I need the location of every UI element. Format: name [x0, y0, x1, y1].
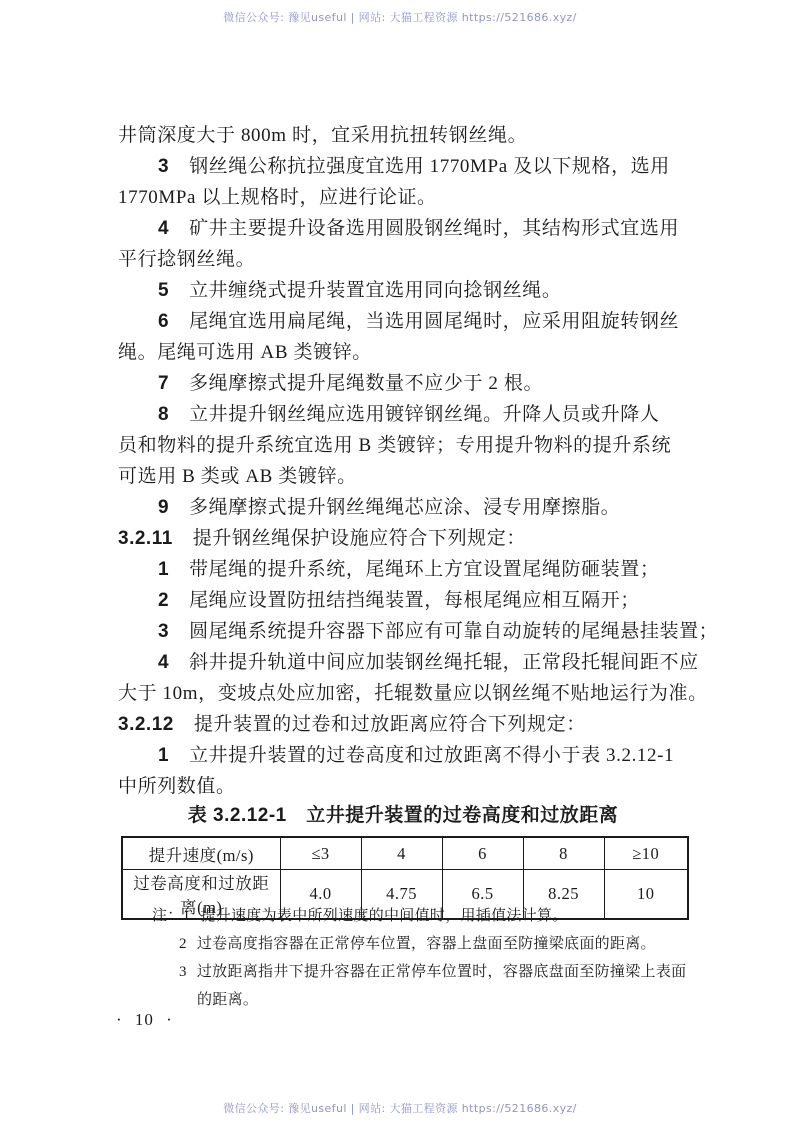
- body-line: 1立井提升装置的过卷高度和过放距离不得小于表 3.2.12-1: [118, 740, 698, 771]
- body-line: 员和物料的提升系统宜选用 B 类镀锌；专用提升物料的提升系统: [118, 430, 698, 461]
- body-line: 8立井提升钢丝绳应选用镀锌钢丝绳。升降人员或升降人: [118, 399, 698, 430]
- body-line: 井筒深度大于 800m 时，宜采用抗扭转钢丝绳。: [118, 120, 698, 151]
- note-line: 的距离。: [152, 986, 692, 1014]
- clause-number: 7: [158, 373, 169, 394]
- clause-number: 1: [158, 745, 169, 766]
- clause-number: 4: [158, 652, 169, 673]
- body-line-text: 员和物料的提升系统宜选用 B 类镀锌；专用提升物料的提升系统: [118, 435, 671, 456]
- table-cell: 6: [442, 837, 523, 870]
- page-number: · 10 ·: [116, 1010, 173, 1030]
- body-line-text: 大于 10m，变坡点处应加密，托辊数量应以钢丝绳不贴地运行为准。: [118, 683, 708, 704]
- body-line: 1770MPa 以上规格时，应进行论证。: [118, 182, 698, 213]
- body-line: 平行捻钢丝绳。: [118, 244, 698, 275]
- watermark-bottom: 微信公众号: 豫见useful | 网站: 大猫工程资源 https://521…: [0, 1100, 800, 1116]
- table-notes: 注：1提升速度为表中所列速度的中间值时，用插值法计算。2过卷高度指容器在正常停车…: [152, 902, 692, 1014]
- watermark-top: 微信公众号: 豫见useful | 网站: 大猫工程资源 https://521…: [0, 9, 800, 25]
- body-line: 7多绳摩擦式提升尾绳数量不应少于 2 根。: [118, 368, 698, 399]
- body-line: 3.2.12提升装置的过卷和过放距离应符合下列规定：: [118, 709, 698, 740]
- clause-number: 1: [158, 559, 169, 580]
- body-line-text: 钢丝绳公称抗拉强度宜选用 1770MPa 及以下规格，选用: [189, 156, 670, 177]
- body-line: 3.2.11提升钢丝绳保护设施应符合下列规定：: [118, 523, 698, 554]
- note-text: 提升速度为表中所列速度的中间值时，用插值法计算。: [200, 908, 567, 924]
- body-line: 4斜井提升轨道中间应加装钢丝绳托辊，正常段托辊间距不应: [118, 647, 698, 678]
- note-line: 2过卷高度指容器在正常停车位置，容器上盘面至防撞梁底面的距离。: [152, 930, 692, 958]
- note-label: 3: [179, 964, 187, 980]
- note-label: 注：1: [152, 908, 190, 924]
- clause-number: 4: [158, 218, 169, 239]
- body-line: 2尾绳应设置防扭结挡绳装置，每根尾绳应相互隔开；: [118, 585, 698, 616]
- body-line-text: 1770MPa 以上规格时，应进行论证。: [118, 187, 437, 208]
- note-line: 注：1提升速度为表中所列速度的中间值时，用插值法计算。: [152, 902, 692, 930]
- body-line-text: 多绳摩擦式提升尾绳数量不应少于 2 根。: [189, 373, 543, 394]
- note-text: 的距离。: [197, 992, 258, 1008]
- note-label: 2: [179, 936, 187, 952]
- body-line: 中所列数值。: [118, 771, 698, 802]
- clause-number: 9: [158, 497, 169, 518]
- document-page: 微信公众号: 豫见useful | 网站: 大猫工程资源 https://521…: [0, 0, 800, 1130]
- clause-number: 2: [158, 590, 169, 611]
- table-cell: 提升速度(m/s): [122, 837, 280, 870]
- body-line-text: 多绳摩擦式提升钢丝绳绳芯应涂、浸专用摩擦脂。: [189, 497, 620, 518]
- table-cell: ≤3: [280, 837, 361, 870]
- body-line-text: 立井缠绕式提升装置宜选用同向捻钢丝绳。: [189, 280, 561, 301]
- body-line-text: 尾绳应设置防扭结挡绳装置，每根尾绳应相互隔开；: [189, 590, 640, 611]
- body-line: 3钢丝绳公称抗拉强度宜选用 1770MPa 及以下规格，选用: [118, 151, 698, 182]
- body-line-text: 平行捻钢丝绳。: [118, 249, 255, 270]
- note-text: 过放距离指井下提升容器在正常停车位置时，容器底盘面至防撞梁上表面: [197, 964, 687, 980]
- body-line: 5立井缠绕式提升装置宜选用同向捻钢丝绳。: [118, 275, 698, 306]
- body-line: 1带尾绳的提升系统，尾绳环上方宜设置尾绳防砸装置；: [118, 554, 698, 585]
- body-line-text: 圆尾绳系统提升容器下部应有可靠自动旋转的尾绳悬挂装置；: [189, 621, 718, 642]
- clause-number: 5: [158, 280, 169, 301]
- clause-number: 6: [158, 311, 169, 332]
- body-line-text: 井筒深度大于 800m 时，宜采用抗扭转钢丝绳。: [118, 125, 527, 146]
- body-line-text: 可选用 B 类或 AB 类镀锌。: [118, 466, 357, 487]
- note-line: 3过放距离指井下提升容器在正常停车位置时，容器底盘面至防撞梁上表面: [152, 958, 692, 986]
- body-line: 4矿井主要提升设备选用圆股钢丝绳时，其结构形式宜选用: [118, 213, 698, 244]
- body-line: 大于 10m，变坡点处应加密，托辊数量应以钢丝绳不贴地运行为准。: [118, 678, 698, 709]
- body-line-text: 立井提升钢丝绳应选用镀锌钢丝绳。升降人员或升降人: [189, 404, 659, 425]
- body-line-text: 尾绳宜选用扁尾绳，当选用圆尾绳时，应采用阻旋转钢丝: [189, 311, 679, 332]
- clause-number: 3.2.12: [118, 714, 174, 735]
- body-line: 6尾绳宜选用扁尾绳，当选用圆尾绳时，应采用阻旋转钢丝: [118, 306, 698, 337]
- body-line-text: 带尾绳的提升系统，尾绳环上方宜设置尾绳防砸装置；: [189, 559, 659, 580]
- body-line-text: 提升钢丝绳保护设施应符合下列规定：: [193, 528, 526, 549]
- table-title: 表 3.2.12-1 立井提升装置的过卷高度和过放距离: [118, 802, 688, 830]
- body-line: 3圆尾绳系统提升容器下部应有可靠自动旋转的尾绳悬挂装置；: [118, 616, 698, 647]
- clause-number: 3: [158, 621, 169, 642]
- body-line-text: 立井提升装置的过卷高度和过放距离不得小于表 3.2.12-1: [189, 745, 674, 766]
- table-cell: 8: [523, 837, 604, 870]
- clause-number: 3.2.11: [118, 528, 173, 549]
- note-text: 过卷高度指容器在正常停车位置，容器上盘面至防撞梁底面的距离。: [197, 936, 656, 952]
- body-line-text: 提升装置的过卷和过放距离应符合下列规定：: [194, 714, 586, 735]
- clause-number: 3: [158, 156, 169, 177]
- body-line-text: 绳。尾绳可选用 AB 类镀锌。: [118, 342, 372, 363]
- body-text-block: 井筒深度大于 800m 时，宜采用抗扭转钢丝绳。3钢丝绳公称抗拉强度宜选用 17…: [118, 120, 698, 802]
- body-line: 9多绳摩擦式提升钢丝绳绳芯应涂、浸专用摩擦脂。: [118, 492, 698, 523]
- clause-number: 8: [158, 404, 169, 425]
- body-line: 绳。尾绳可选用 AB 类镀锌。: [118, 337, 698, 368]
- body-line: 可选用 B 类或 AB 类镀锌。: [118, 461, 698, 492]
- table-cell: 4: [361, 837, 442, 870]
- body-line-text: 矿井主要提升设备选用圆股钢丝绳时，其结构形式宜选用: [189, 218, 679, 239]
- table-cell: ≥10: [604, 837, 688, 870]
- body-line-text: 斜井提升轨道中间应加装钢丝绳托辊，正常段托辊间距不应: [189, 652, 699, 673]
- table-row: 提升速度(m/s)≤3468≥10: [122, 837, 688, 870]
- body-line-text: 中所列数值。: [118, 776, 236, 797]
